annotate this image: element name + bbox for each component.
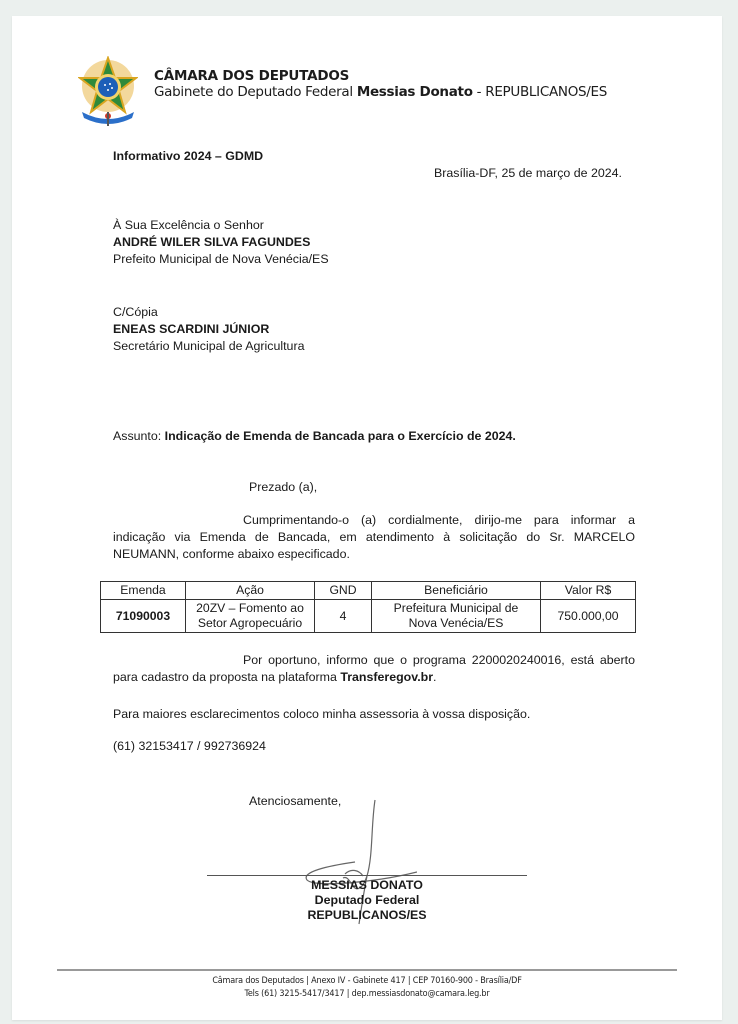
beneficiario-line-1: Prefeitura Municipal de <box>376 601 536 616</box>
party-suffix: - REPUBLICANOS/ES <box>473 84 607 100</box>
greeting: Prezado (a), <box>249 479 317 496</box>
recipient-name: ANDRÉ WILER SILVA FAGUNDES <box>113 234 329 251</box>
recipient-salutation: À Sua Excelência o Senhor <box>113 217 329 234</box>
recipient-title: Prefeito Municipal de Nova Venécia/ES <box>113 251 329 268</box>
cell-emenda: 71090003 <box>101 600 186 633</box>
header-valor: Valor R$ <box>541 582 636 600</box>
copy-label: C/Cópia <box>113 304 304 321</box>
acao-line-2: Setor Agropecuário <box>190 616 310 631</box>
amendment-table: Emenda Ação GND Beneficiário Valor R$ 71… <box>100 581 636 633</box>
header-gnd: GND <box>315 582 372 600</box>
footer-contacts: Tels (61) 3215-5417/3417 | dep.messiasdo… <box>55 988 680 999</box>
institution-name: CÂMARA DOS DEPUTADOS <box>154 68 349 84</box>
copy-block: C/Cópia ENEAS SCARDINI JÚNIOR Secretário… <box>113 304 304 355</box>
subject-line: Assunto: Indicação de Emenda de Bancada … <box>113 428 516 445</box>
platform-name: Transferegov.br <box>340 670 433 684</box>
paragraph-2-suffix: . <box>433 670 436 684</box>
signer-name: MESSIAS DONATO <box>207 878 527 893</box>
acao-line-1: 20ZV – Fomento ao <box>190 601 310 616</box>
footer-divider <box>57 969 677 971</box>
recipient-block: À Sua Excelência o Senhor ANDRÉ WILER SI… <box>113 217 329 268</box>
cell-acao: 20ZV – Fomento aoSetor Agropecuário <box>186 600 315 633</box>
signature-line <box>207 875 527 876</box>
paragraph-1-text: Cumprimentando-o (a) cordialmente, dirij… <box>113 513 635 561</box>
subject-label: Assunto: <box>113 429 165 443</box>
subject-text: Indicação de Emenda de Bancada para o Ex… <box>165 429 516 443</box>
table-row: 71090003 20ZV – Fomento aoSetor Agropecu… <box>101 600 636 633</box>
cell-gnd: 4 <box>315 600 372 633</box>
header-emenda: Emenda <box>101 582 186 600</box>
copy-title: Secretário Municipal de Agricultura <box>113 338 304 355</box>
header-acao: Ação <box>186 582 315 600</box>
body-paragraph-1: Cumprimentando-o (a) cordialmente, dirij… <box>113 512 635 563</box>
document-reference: Informativo 2024 – GDMD <box>113 148 263 165</box>
cell-valor: 750.000,00 <box>541 600 636 633</box>
office-name: Gabinete do Deputado Federal Messias Don… <box>154 84 607 100</box>
deputy-name: Messias Donato <box>357 84 473 100</box>
cell-beneficiario: Prefeitura Municipal deNova Venécia/ES <box>372 600 541 633</box>
copy-name: ENEAS SCARDINI JÚNIOR <box>113 321 304 338</box>
table-header-row: Emenda Ação GND Beneficiário Valor R$ <box>101 582 636 600</box>
office-prefix: Gabinete do Deputado Federal <box>154 84 357 100</box>
signer-role: Deputado Federal <box>207 893 527 908</box>
signer-party: REPUBLICANOS/ES <box>207 908 527 923</box>
beneficiario-line-2: Nova Venécia/ES <box>376 616 536 631</box>
place-date: Brasília-DF, 25 de março de 2024. <box>434 165 622 182</box>
brazil-coat-of-arms-icon <box>78 56 138 128</box>
signer-block: MESSIAS DONATO Deputado Federal REPUBLIC… <box>207 878 527 923</box>
footer-address: Câmara dos Deputados | Anexo IV - Gabine… <box>55 975 680 986</box>
phone-numbers: (61) 32153417 / 992736924 <box>113 738 266 755</box>
body-paragraph-2: Por oportuno, informo que o programa 220… <box>113 652 635 686</box>
header-beneficiario: Beneficiário <box>372 582 541 600</box>
closing-paragraph: Para maiores esclarecimentos coloco minh… <box>113 706 530 723</box>
document-page: CÂMARA DOS DEPUTADOS Gabinete do Deputad… <box>12 16 722 1020</box>
